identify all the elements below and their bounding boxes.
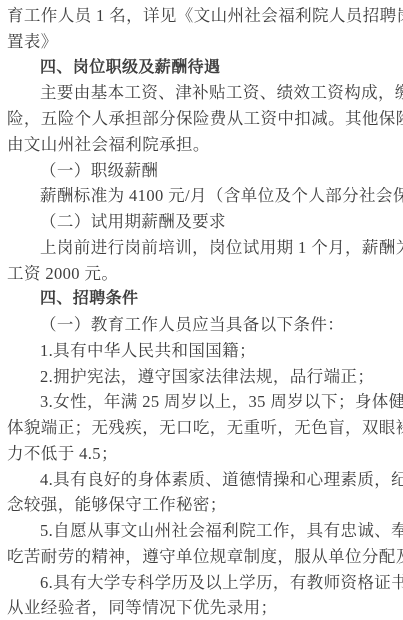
- text-line: 由文山州社会福利院承担。: [7, 132, 397, 158]
- text-line: 念较强，能够保守工作秘密；: [7, 492, 397, 518]
- text-line: 育工作人员 1 名，详见《文山州社会福利院人员招聘岗位设: [7, 3, 397, 29]
- text-line: 上岗前进行岗前培训，岗位试用期 1 个月，薪酬为基础: [7, 235, 397, 261]
- text-line: 险，五险个人承担部分保险费从工资中扣减。其他保险费用: [7, 106, 397, 132]
- text-line: 体貌端正；无残疾，无口吃，无重听，无色盲，双眼裸眼视: [7, 415, 397, 441]
- text-line: 吃苦耐劳的精神，遵守单位规章制度，服从单位分配及转岗；: [7, 544, 397, 570]
- text-line: 置表》: [7, 29, 397, 55]
- text-line: 力不低于 4.5；: [7, 441, 397, 467]
- text-line: 从业经验者，同等情况下优先录用；: [7, 595, 397, 620]
- text-line: 4.具有良好的身体素质、道德情操和心理素质，纪律观: [7, 467, 397, 493]
- section-heading: 四、招聘条件: [7, 286, 397, 312]
- text-line: 主要由基本工资、津补贴工资、绩效工资构成，缴纳五: [7, 80, 397, 106]
- text-line: 薪酬标准为 4100 元/月（含单位及个人部分社会保险）。: [7, 183, 397, 209]
- document-page: 育工作人员 1 名，详见《文山州社会福利院人员招聘岗位设置表》四、岗位职级及薪酬…: [0, 0, 403, 620]
- text-line: （一）教育工作人员应当具备以下条件：: [7, 312, 397, 338]
- text-line: 工资 2000 元。: [7, 261, 397, 287]
- text-line: 1.具有中华人民共和国国籍；: [7, 338, 397, 364]
- text-line: 5.自愿从事文山州社会福利院工作，具有忠诚、奉献、: [7, 518, 397, 544]
- text-line: 3.女性，年满 25 周岁以上，35 周岁以下；身体健康，: [7, 389, 397, 415]
- text-line: （二）试用期薪酬及要求: [7, 209, 397, 235]
- document-text: 育工作人员 1 名，详见《文山州社会福利院人员招聘岗位设置表》四、岗位职级及薪酬…: [7, 3, 397, 620]
- section-heading: 四、岗位职级及薪酬待遇: [7, 55, 397, 81]
- text-line: （一）职级薪酬: [7, 158, 397, 184]
- text-line: 6.具有大学专科学历及以上学历，有教师资格证书或有: [7, 570, 397, 596]
- text-line: 2.拥护宪法，遵守国家法律法规，品行端正；: [7, 364, 397, 390]
